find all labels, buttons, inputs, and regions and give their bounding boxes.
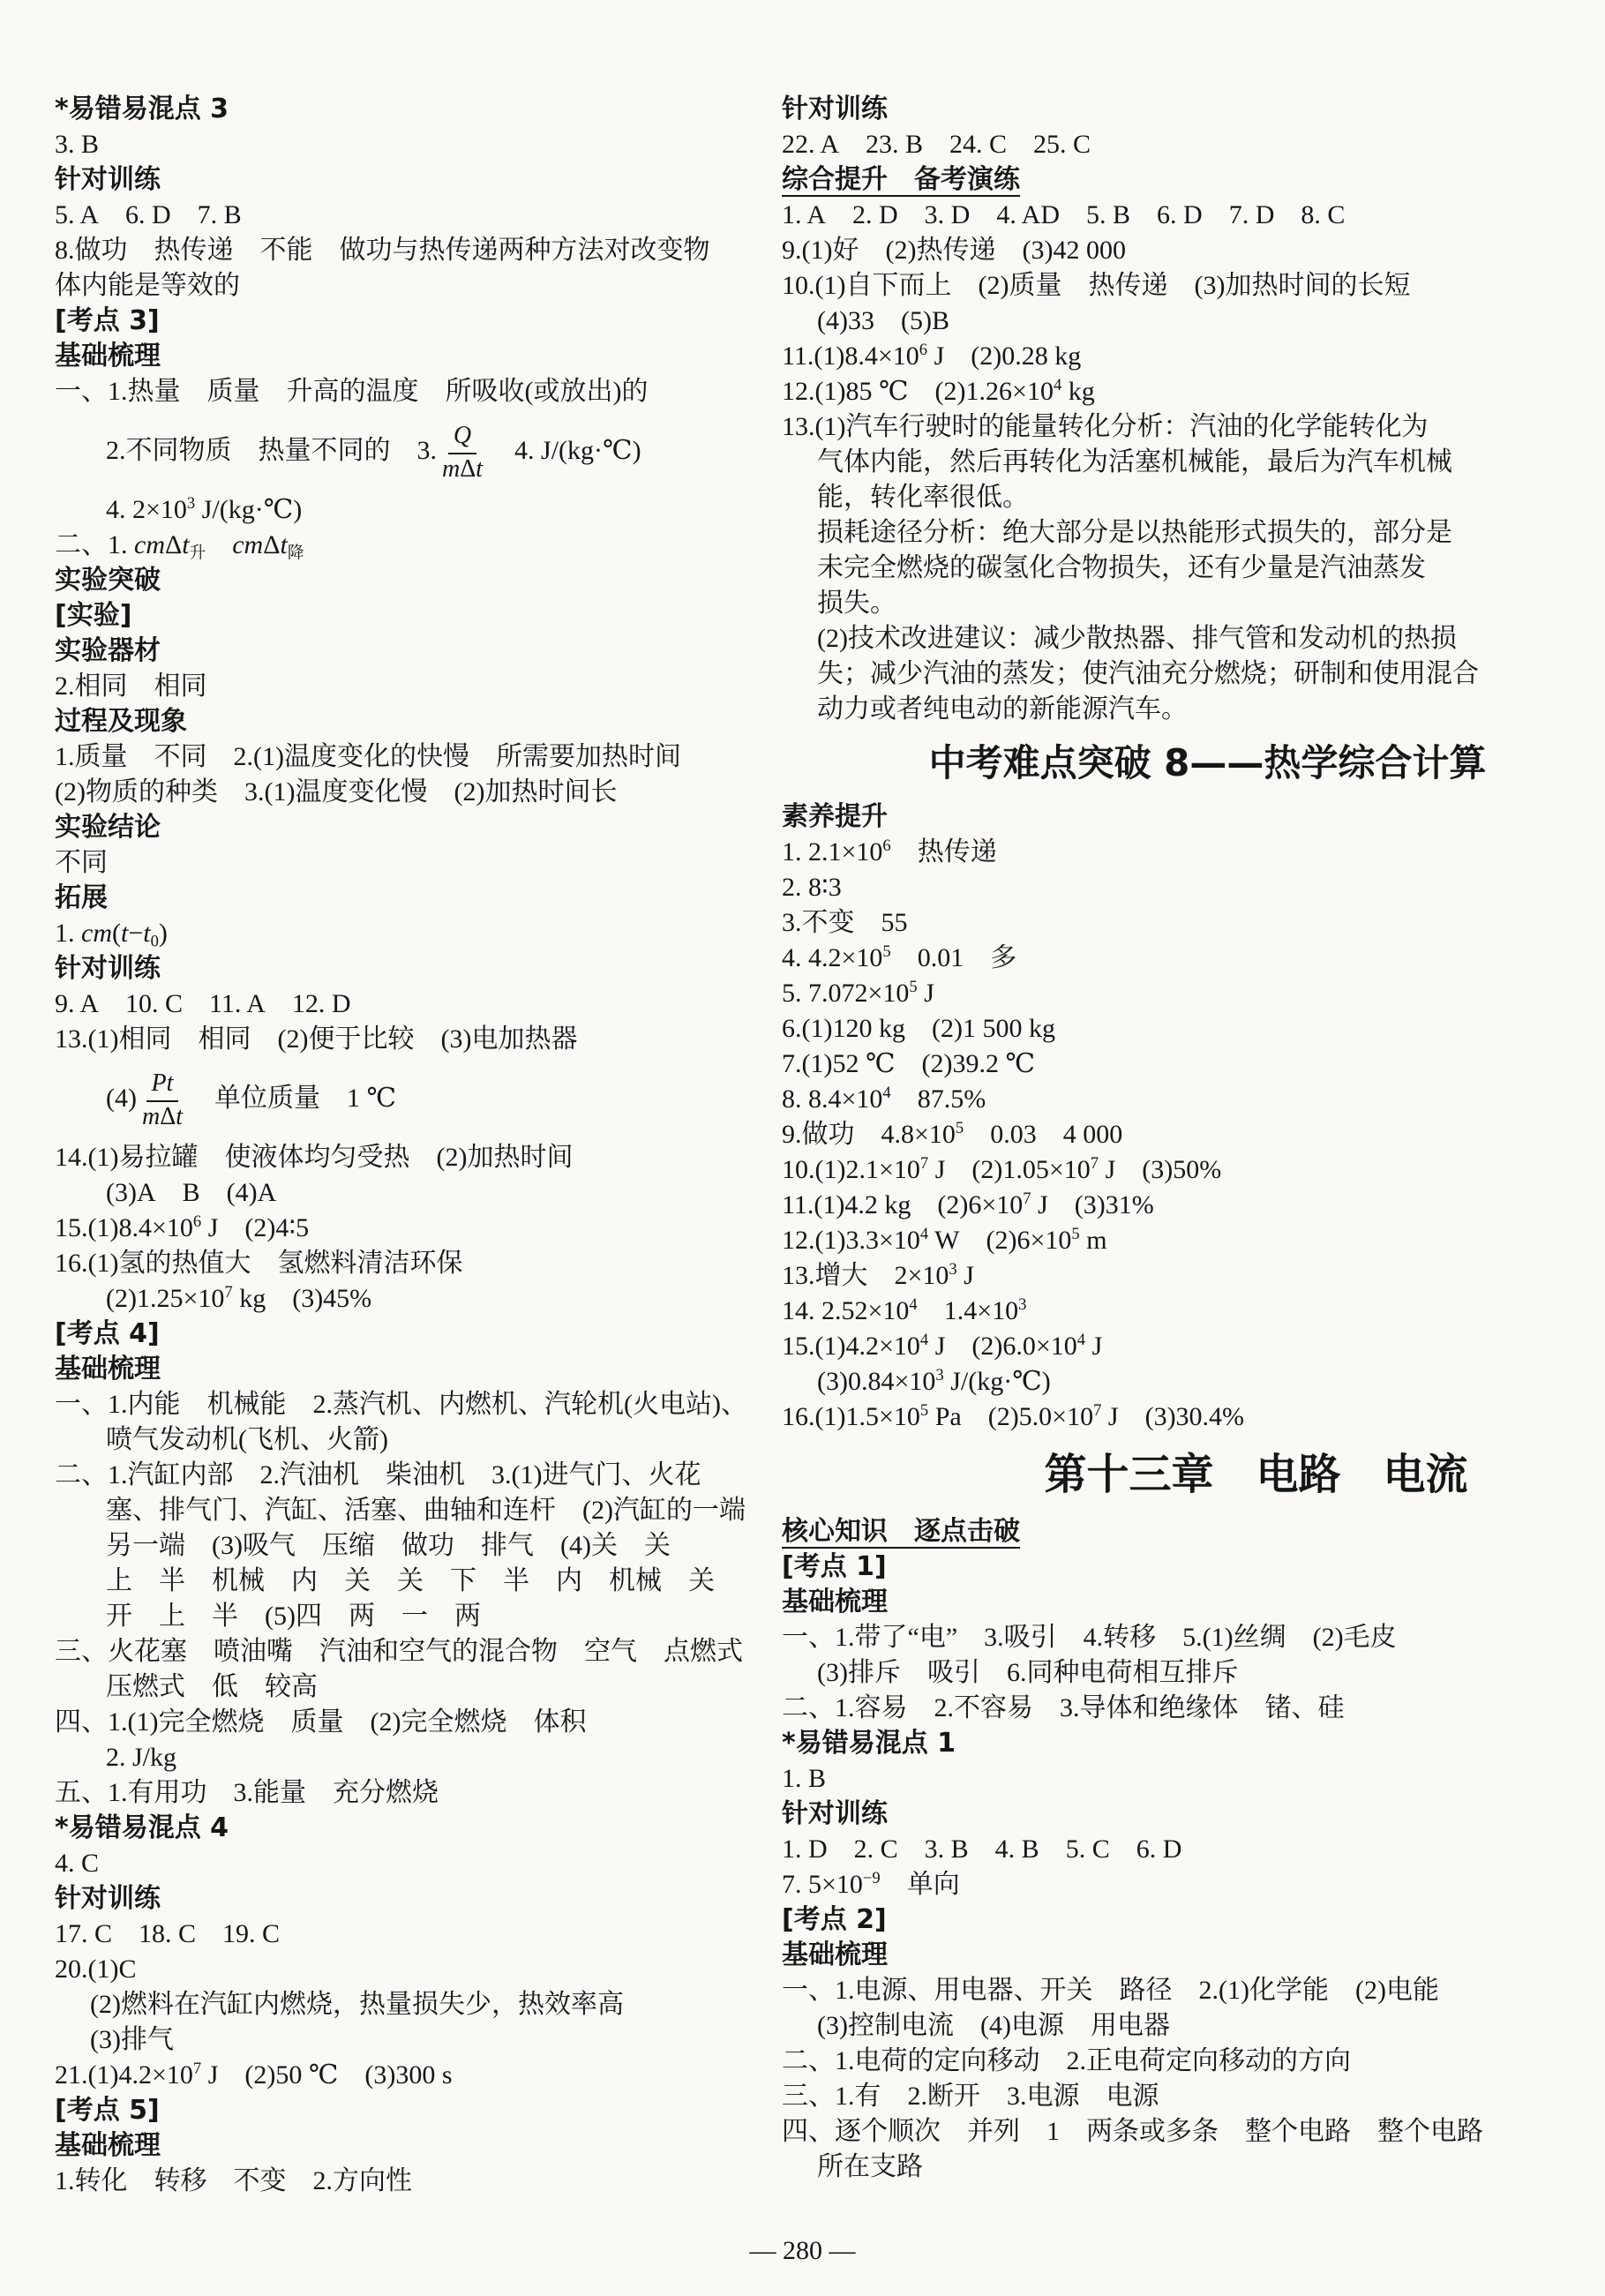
answer-line: 10.(1)2.1×107 J (2)1.05×107 J (3)50% [782,1152,1580,1188]
heading-line: 实验突破 [55,563,769,598]
answer-line: 二、1.汽缸内部 2.汽油机 柴油机 3.(1)进气门、火花 [55,1458,769,1493]
answer-line: 塞、排气门、汽缸、活塞、曲轴和连杆 (2)汽缸的一端 [55,1493,769,1528]
answer-line: 喷气发动机(飞机、火箭) [55,1422,769,1458]
answer-line: 4. C [55,1846,769,1881]
text-segment: 单位质量 1 ℃ [188,1084,396,1113]
heading-line: 中考难点突破 8——热学综合计算 [835,727,1580,799]
answer-line: 9.做功 4.8×105 0.03 4 000 [782,1117,1580,1152]
answer-line: 1.质量 不同 2.(1)温度变化的快慢 所需要加热时间 [55,739,769,775]
heading-line: *易错易混点 3 [55,92,769,127]
answer-line: 1. B [782,1761,1580,1797]
answer-line: 五、1.有用功 3.能量 充分燃烧 [55,1775,769,1811]
answer-line: 15.(1)4.2×104 J (2)6.0×104 J [782,1329,1580,1364]
heading-line: 综合提升 备考演练 [782,162,1580,198]
answer-line: 能，转化率很低。 [782,480,1580,515]
heading-line: [考点 3] [55,304,769,339]
answer-line: 6.(1)120 kg (2)1 500 kg [782,1011,1580,1047]
answer-line: (2)1.25×107 kg (3)45% [55,1281,769,1317]
answer-line: 9.(1)好 (2)热传递 (3)42 000 [782,233,1580,268]
answer-line: 13.(1)汽车行驶时的能量转化分析：汽油的化学能转化为 [782,409,1580,445]
right-column: 针对训练22. A 23. B 24. C 25. C综合提升 备考演练1. A… [782,92,1580,2185]
answer-line: 四、逐个顺次 并列 1 两条或多条 整个电路 整个电路 [782,2114,1580,2150]
answer-line: 4. 4.2×105 0.01 多 [782,941,1580,976]
answer-line: 损耗途径分析：绝大部分是以热能形式损失的，部分是 [782,515,1580,551]
answer-line: (4)PtmΔt 单位质量 1 ℃ [55,1057,769,1140]
heading-line: 针对训练 [55,162,769,198]
answer-line: 三、1.有 2.断开 3.电源 电源 [782,2079,1580,2114]
text-segment: 4. J/(kg·℃) [488,436,641,465]
heading-line: 基础梳理 [782,1585,1580,1620]
answer-line: 8. 8.4×104 87.5% [782,1082,1580,1117]
heading-line: 实验器材 [55,634,769,669]
answer-line: 12.(1)3.3×104 W (2)6×105 m [782,1223,1580,1258]
answer-line: 动力或者纯电动的新能源汽车。 [782,692,1580,727]
page-number: — 280 — [0,2236,1605,2266]
heading-line: 针对训练 [55,1881,769,1917]
answer-line: 11.(1)4.2 kg (2)6×107 J (3)31% [782,1188,1580,1223]
heading-line: 基础梳理 [55,339,769,374]
answer-line: 11.(1)8.4×106 J (2)0.28 kg [782,339,1580,374]
answer-line: 2.相同 相同 [55,669,769,704]
answer-line: (2)技术改进建议：减少散热器、排气管和发动机的热损 [782,621,1580,657]
answer-line: (3)排斥 吸引 6.同种电荷相互排斥 [782,1655,1580,1691]
answer-line: 三、火花塞 喷油嘴 汽油和空气的混合物 空气 点燃式 [55,1634,769,1669]
fraction: QmΔt [442,422,483,483]
answer-line: 7. 5×10−9 单向 [782,1867,1580,1902]
heading-line: 第十三章 电路 电流 [932,1435,1580,1514]
answer-line: 未完全燃烧的碳氢化合物损失，还有少量是汽油蒸发 [782,551,1580,586]
answer-line: 一、1.电源、用电器、开关 路径 2.(1)化学能 (2)电能 [782,1973,1580,2008]
heading-line: 基础梳理 [55,2128,769,2164]
heading-line: 针对训练 [782,1797,1580,1832]
heading-line: 核心知识 逐点击破 [782,1514,1580,1549]
answer-line: 9. A 10. C 11. A 12. D [55,987,769,1022]
answer-line: 16.(1)1.5×105 Pa (2)5.0×107 J (3)30.4% [782,1399,1580,1435]
answer-line: 气体内能，然后再转化为活塞机械能，最后为汽车机械 [782,445,1580,480]
answer-line: (2)物质的种类 3.(1)温度变化慢 (2)加热时间长 [55,775,769,810]
answer-line: 不同 [55,845,769,881]
answer-line: 12.(1)85 ℃ (2)1.26×104 kg [782,374,1580,409]
heading-line: 针对训练 [782,92,1580,127]
answer-line: 2. 8∶3 [782,870,1580,905]
answer-line: 二、1.容易 2.不容易 3.导体和绝缘体 锗、硅 [782,1691,1580,1726]
left-column: *易错易混点 33. B针对训练5. A 6. D 7. B8.做功 热传递 不… [55,92,769,2199]
answer-line: 14. 2.52×104 1.4×103 [782,1294,1580,1329]
answer-line: 损失。 [782,586,1580,621]
answer-line: (3)排气 [55,2022,769,2058]
heading-line: 实验结论 [55,810,769,845]
text-segment: 2.不同物质 热量不同的 3. [106,436,437,465]
answer-line: 开 上 半 (5)四 两 一 两 [55,1599,769,1634]
heading-line: 过程及现象 [55,704,769,739]
text-segment: (4) [106,1084,137,1113]
answer-line: 2. J/kg [55,1740,769,1775]
answer-line: 21.(1)4.2×107 J (2)50 ℃ (3)300 s [55,2058,769,2093]
answer-line: 一、1.内能 机械能 2.蒸汽机、内燃机、汽轮机(火电站)、 [55,1387,769,1422]
answer-line: 失；减少汽油的蒸发；使汽油充分燃烧；研制和使用混合 [782,657,1580,692]
answer-line: 1. D 2. C 3. B 4. B 5. C 6. D [782,1832,1580,1867]
answer-line: 1. cm(t−t0) [55,916,769,951]
answer-line: 16.(1)氢的热值大 氢燃料清洁环保 [55,1246,769,1281]
answer-line: 10.(1)自下而上 (2)质量 热传递 (3)加热时间的长短 [782,268,1580,304]
answer-line: (3)0.84×103 J/(kg·℃) [782,1364,1580,1399]
answer-line: 2.不同物质 热量不同的 3.QmΔt 4. J/(kg·℃) [55,409,769,492]
answer-line: 8.做功 热传递 不能 做功与热传递两种方法对改变物 [55,233,769,268]
answer-line: 7.(1)52 ℃ (2)39.2 ℃ [782,1047,1580,1082]
answer-line: 22. A 23. B 24. C 25. C [782,127,1580,162]
answer-line: 上 半 机械 内 关 关 下 半 内 机械 关 [55,1564,769,1599]
answer-line: (3)A B (4)A [55,1175,769,1211]
heading-line: [考点 2] [782,1902,1580,1938]
answer-line: 17. C 18. C 19. C [55,1917,769,1952]
answer-line: 一、1.带了“电” 3.吸引 4.转移 5.(1)丝绸 (2)毛皮 [782,1620,1580,1655]
answer-line: 压燃式 低 较高 [55,1669,769,1705]
heading-line: 针对训练 [55,951,769,987]
heading-line: 素养提升 [782,799,1580,835]
answer-line: 3. B [55,127,769,162]
answer-line: 13.(1)相同 相同 (2)便于比较 (3)电加热器 [55,1022,769,1057]
heading-line: 基础梳理 [55,1352,769,1387]
answer-line: 20.(1)C [55,1952,769,1987]
answer-line: (3)控制电流 (4)电源 用电器 [782,2008,1580,2044]
answer-line: 另一端 (3)吸气 压缩 做功 排气 (4)关 关 [55,1528,769,1564]
answer-line: 5. A 6. D 7. B [55,198,769,233]
answer-line: 14.(1)易拉罐 使液体均匀受热 (2)加热时间 [55,1140,769,1175]
answer-line: 1. A 2. D 3. D 4. AD 5. B 6. D 7. D 8. C [782,198,1580,233]
heading-line: [实验] [55,598,769,634]
answer-line: 4. 2×103 J/(kg·℃) [55,492,769,528]
answer-line: 15.(1)8.4×106 J (2)4∶5 [55,1211,769,1246]
answer-line: 所在支路 [782,2150,1580,2185]
heading-line: [考点 1] [782,1549,1580,1585]
answer-line: 一、1.热量 质量 升高的温度 所吸收(或放出)的 [55,374,769,409]
heading-line: *易错易混点 4 [55,1811,769,1846]
answer-line: (2)燃料在汽缸内燃烧，热量损失少，热效率高 [55,1987,769,2022]
heading-line: 基础梳理 [782,1938,1580,1973]
heading-line: *易错易混点 1 [782,1726,1580,1761]
answer-line: 3.不变 55 [782,905,1580,941]
answer-line: 体内能是等效的 [55,268,769,304]
answer-line: (4)33 (5)B [782,304,1580,339]
answer-line: 四、1.(1)完全燃烧 质量 (2)完全燃烧 体积 [55,1705,769,1740]
answer-line: 13.增大 2×103 J [782,1258,1580,1294]
fraction: PtmΔt [142,1069,183,1130]
answer-line: 5. 7.072×105 J [782,976,1580,1011]
heading-line: 拓展 [55,881,769,916]
answer-book-page: *易错易混点 33. B针对训练5. A 6. D 7. B8.做功 热传递 不… [0,0,1605,2296]
heading-line: [考点 4] [55,1317,769,1352]
answer-line: 1. 2.1×106 热传递 [782,835,1580,870]
answer-line: 二、1.电荷的定向移动 2.正电荷定向移动的方向 [782,2044,1580,2079]
answer-line: 二、1. cmΔt升 cmΔt降 [55,528,769,563]
heading-line: [考点 5] [55,2093,769,2128]
answer-line: 1.转化 转移 不变 2.方向性 [55,2164,769,2199]
